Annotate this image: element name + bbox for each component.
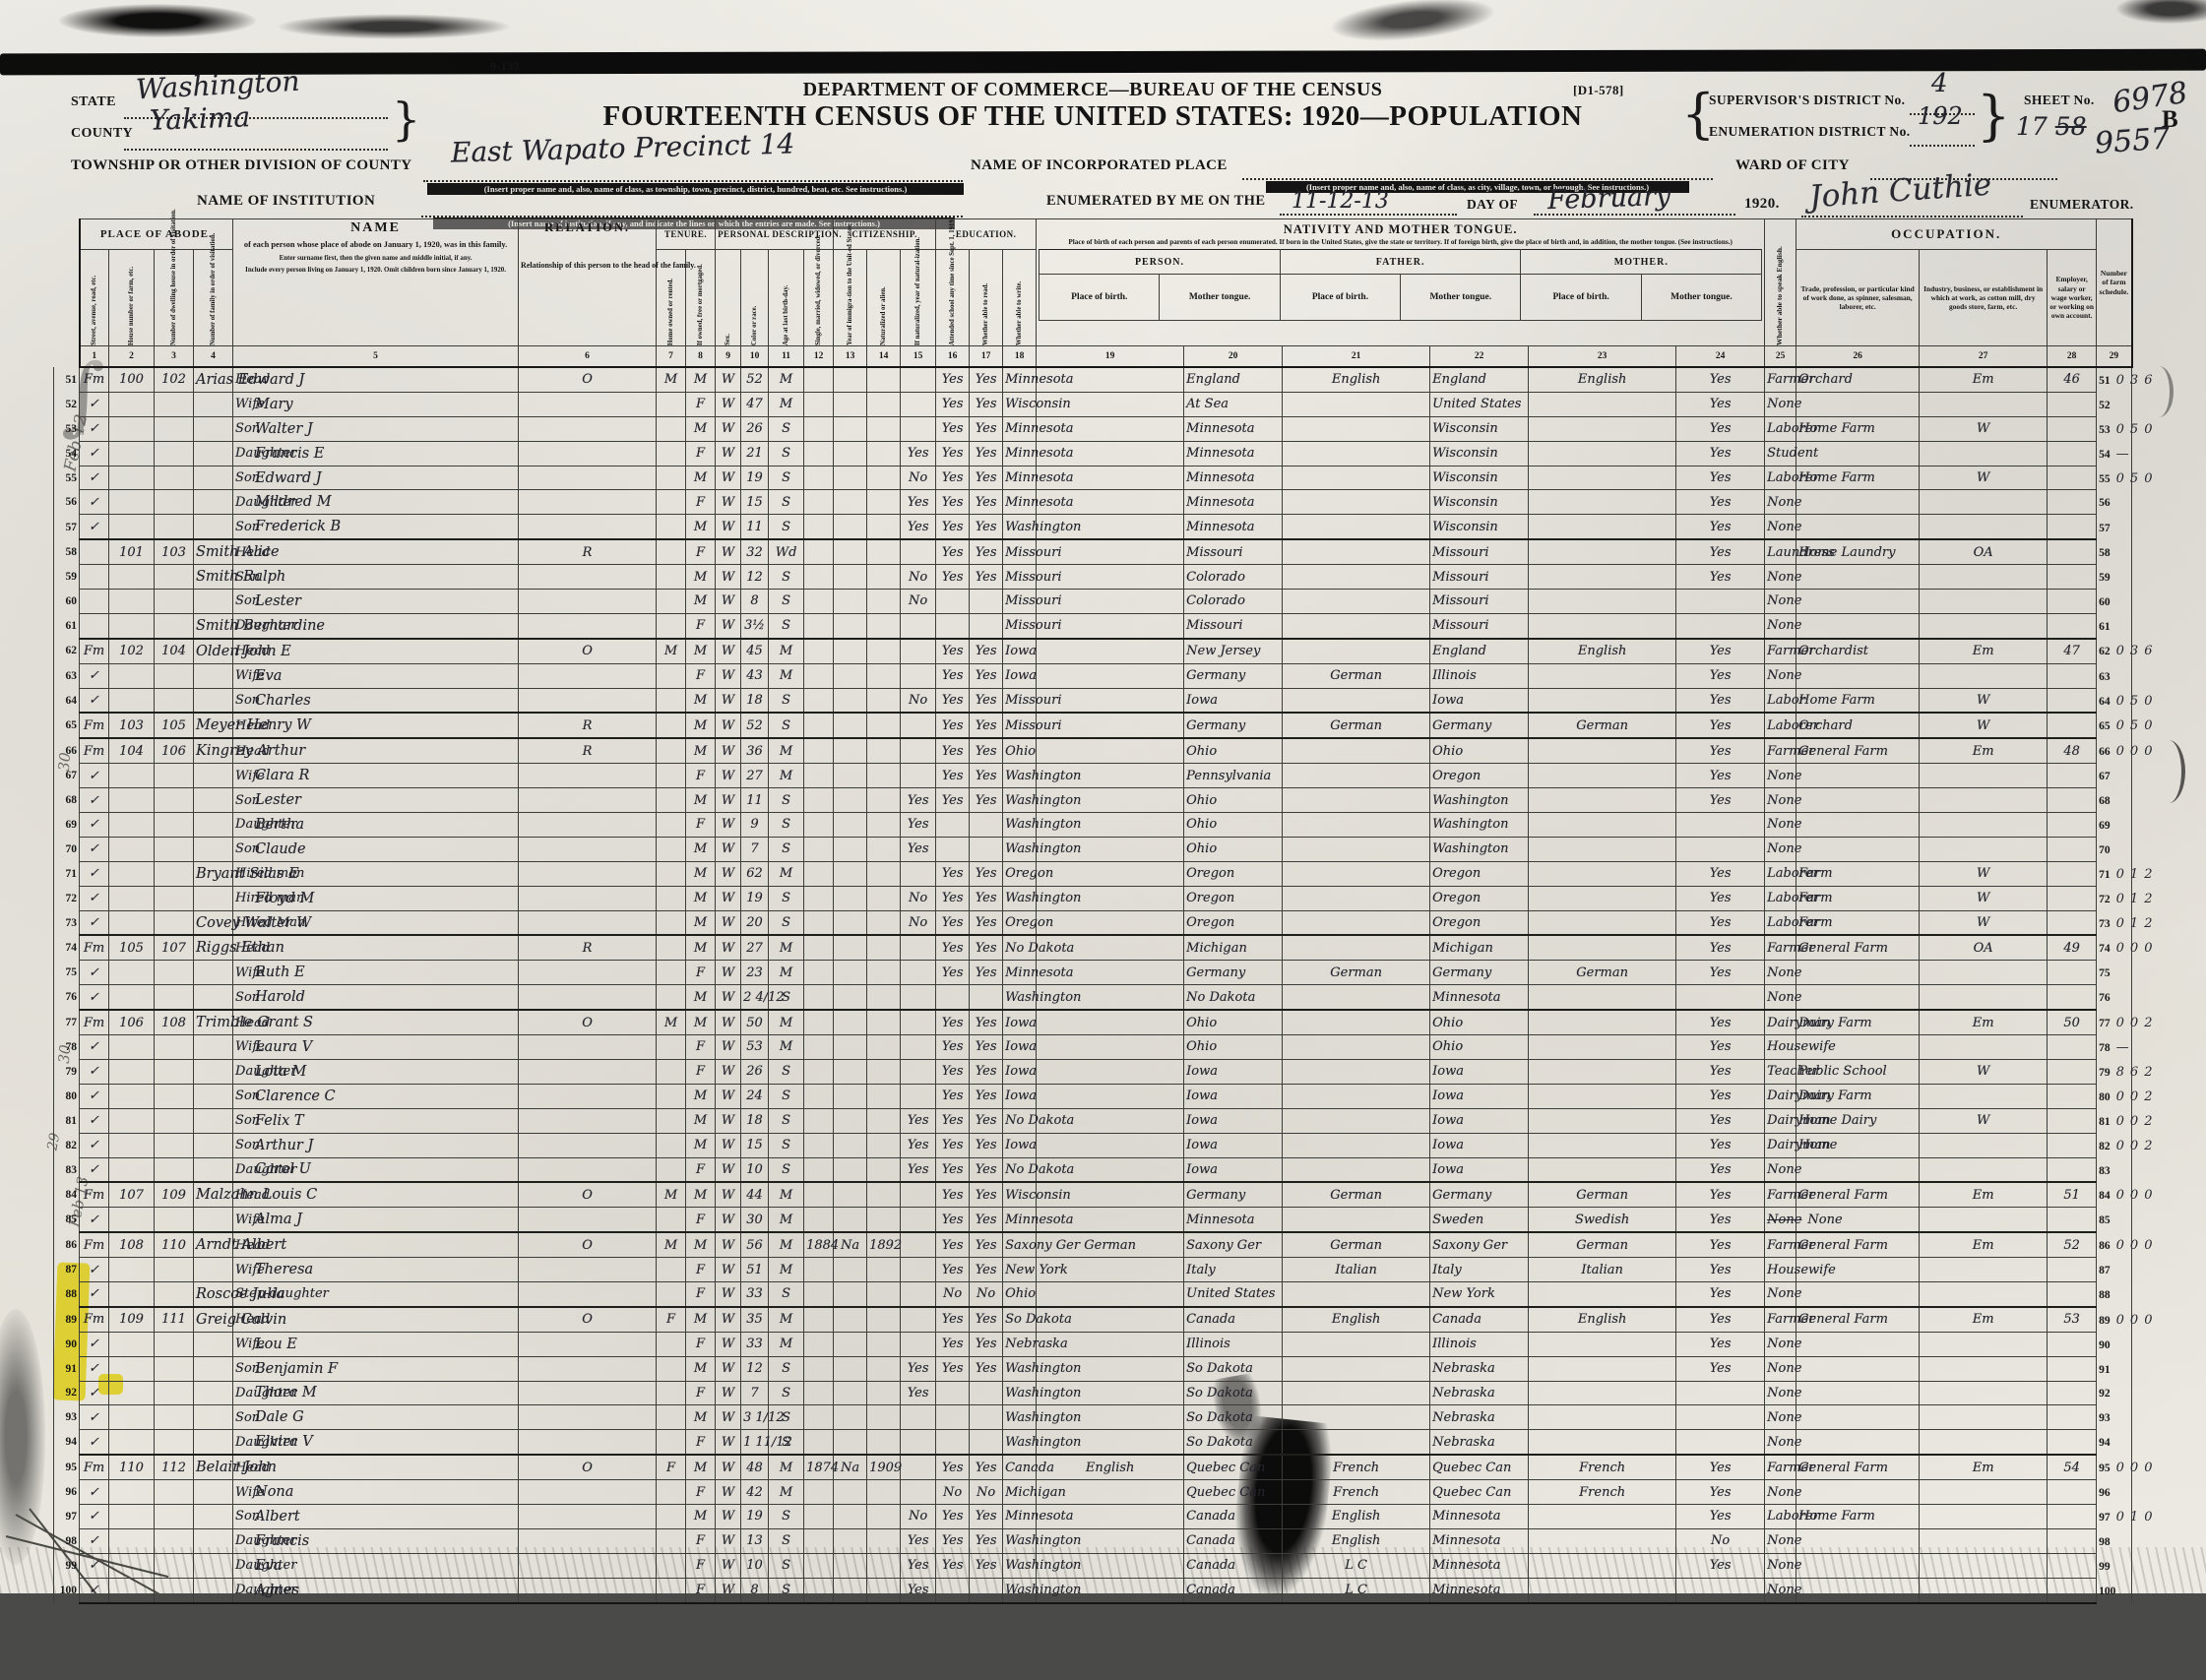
cell-tr: None xyxy=(1765,613,1796,638)
cell-en xyxy=(1676,1405,1765,1430)
cell-rd: Yes xyxy=(936,1010,970,1034)
line-number-left: 90 xyxy=(54,1332,80,1356)
cell-sc xyxy=(901,392,936,416)
cell-fs xyxy=(2048,1084,2097,1108)
cell-mg: M xyxy=(657,1010,686,1034)
cell-s: ✓ xyxy=(80,1553,109,1578)
column-number: 11 xyxy=(769,346,804,368)
cell-tr: None xyxy=(1765,764,1796,788)
cell-ny xyxy=(867,1108,901,1133)
cell-dw xyxy=(109,1157,155,1182)
cell-cl: Em xyxy=(1920,367,2048,392)
cell-mr: M xyxy=(769,1035,804,1060)
cell-tm xyxy=(1529,1059,1676,1084)
cell-ag: 11 xyxy=(741,515,769,539)
cell-pf: Minnesota xyxy=(1184,416,1283,441)
ward-label: WARD OF CITY xyxy=(1735,157,1850,174)
cell-tr: Laborer xyxy=(1765,886,1796,910)
column-number: 14 xyxy=(867,346,901,368)
cell-sx: M xyxy=(686,1108,716,1133)
cell-hm xyxy=(519,1578,657,1593)
cell-mr: S xyxy=(769,688,804,713)
column-number: 3 xyxy=(155,346,194,368)
cell-fm xyxy=(155,1405,194,1430)
table-row: 69✓BerthaDaughterFW9SYesWashingtonOhioWa… xyxy=(54,813,2201,838)
cell-rc: W xyxy=(716,713,741,738)
cell-tg xyxy=(1037,738,1184,763)
cell-mr: M xyxy=(769,1258,804,1282)
cell-fm xyxy=(155,1381,194,1405)
cell-fm xyxy=(155,515,194,539)
cell-s: ✓ xyxy=(80,1528,109,1553)
cell-pb: Missouri xyxy=(1003,713,1037,738)
cell-tm xyxy=(1529,663,1676,688)
state-label: STATE xyxy=(71,94,116,110)
cell-tr: None xyxy=(1765,515,1796,539)
cell-tr: Housewife xyxy=(1765,1035,1796,1060)
cell-wr xyxy=(970,590,1003,614)
cell-ny xyxy=(867,663,901,688)
cell-cl xyxy=(1920,1281,2048,1306)
cell-sx: M xyxy=(686,738,716,763)
cell-tf xyxy=(1283,1059,1430,1084)
cell-dw: 110 xyxy=(109,1455,155,1479)
cell-rc: W xyxy=(716,1208,741,1232)
cell-im xyxy=(804,1035,834,1060)
cell-fs xyxy=(2048,1157,2097,1182)
table-row: 59Smith RalphSonMW12SNoYesYesMissouriCol… xyxy=(54,565,2201,590)
mother-tongue-label: Mother tongue. xyxy=(1641,275,1761,321)
cell-in xyxy=(1796,590,1920,614)
cell-tf: German xyxy=(1283,713,1430,738)
cell-in xyxy=(1796,663,1920,688)
cell-tr: Farmer xyxy=(1765,935,1796,960)
cell-pb: Minnesota xyxy=(1003,416,1037,441)
table-row: 51Fm100102Arias Edward JHeadOMMW52MYesYe… xyxy=(54,367,2201,392)
cell-in xyxy=(1796,1553,1920,1578)
line-number-left: 94 xyxy=(54,1430,80,1455)
department-line: DEPARTMENT OF COMMERCE—BUREAU OF THE CEN… xyxy=(748,79,1437,101)
cell-cl xyxy=(1920,813,2048,838)
cell-cl: W xyxy=(1920,466,2048,490)
relation-sub: Relationship of this person to the head … xyxy=(521,261,654,271)
line-number-right: 67 xyxy=(2097,764,2132,788)
cell-tf xyxy=(1283,1356,1430,1381)
cell-im xyxy=(804,813,834,838)
cell-pf: Quebec Can xyxy=(1184,1455,1283,1479)
cell-s: ✓ xyxy=(80,961,109,985)
cell-in xyxy=(1796,565,1920,590)
cell-pf: Missouri xyxy=(1184,539,1283,564)
cell-ag: 56 xyxy=(741,1232,769,1257)
cell-hm xyxy=(519,515,657,539)
cell-hm xyxy=(519,1108,657,1133)
cell-wr: Yes xyxy=(970,886,1003,910)
table-row: 63✓EvaWifeFW43MYesYesIowaGermanyGermanIl… xyxy=(54,663,2201,688)
cell-fs: 52 xyxy=(2048,1232,2097,1257)
cell-ny xyxy=(867,1430,901,1455)
cell-im xyxy=(804,1430,834,1455)
cell-wr: Yes xyxy=(970,1232,1003,1257)
cell-tm xyxy=(1529,490,1676,515)
cell-mg xyxy=(657,813,686,838)
cell-mg xyxy=(657,1430,686,1455)
cell-pb: Oregon xyxy=(1003,861,1037,886)
cell-im xyxy=(804,539,834,564)
cell-in: Orchard xyxy=(1796,367,1920,392)
cell-mg xyxy=(657,490,686,515)
cell-im xyxy=(804,1208,834,1232)
cell-hm: O xyxy=(519,367,657,392)
cell-ny xyxy=(867,764,901,788)
cell-cl xyxy=(1920,1035,2048,1060)
cell-s: ✓ xyxy=(80,764,109,788)
cell-mg xyxy=(657,861,686,886)
line-number-right: 90 xyxy=(2097,1332,2132,1356)
cell-fm xyxy=(155,613,194,638)
cell-wr xyxy=(970,613,1003,638)
cell-wr: Yes xyxy=(970,861,1003,886)
brace-right: } xyxy=(392,93,420,146)
cell-ag: 51 xyxy=(741,1258,769,1282)
cell-ny xyxy=(867,837,901,861)
cell-en: Yes xyxy=(1676,539,1765,564)
county-label: COUNTY xyxy=(71,126,133,142)
cell-wr: Yes xyxy=(970,367,1003,392)
table-row: 74Fm105107Riggs EthanHeadRMW27MYesYesNo … xyxy=(54,935,2201,960)
col-race-header: Color or race. xyxy=(741,250,769,346)
cell-dw xyxy=(109,1084,155,1108)
cell-in: Dairy Farm xyxy=(1796,1084,1920,1108)
column-number: 20 xyxy=(1184,346,1283,368)
line-number-right: 89000 xyxy=(2097,1307,2132,1332)
cell-in: Home Farm xyxy=(1796,466,1920,490)
cell-pf: Iowa xyxy=(1184,1133,1283,1157)
group-occupation: OCCUPATION. xyxy=(1796,219,2097,250)
cell-ny xyxy=(867,539,901,564)
institution-label: NAME OF INSTITUTION xyxy=(197,193,375,210)
cell-tf: English xyxy=(1283,1307,1430,1332)
cell-ag: 7 xyxy=(741,1381,769,1405)
cell-in: Home xyxy=(1796,1133,1920,1157)
cell-tf xyxy=(1283,590,1430,614)
cell-fs xyxy=(2048,539,2097,564)
col-industry-header: Industry, business, or establishment in … xyxy=(1920,250,2048,346)
cell-rd: Yes xyxy=(936,515,970,539)
table-row: 53✓Walter JSonMW26SYesYesMinnesotaMinnes… xyxy=(54,416,2201,441)
cell-cl: Em xyxy=(1920,1455,2048,1479)
cell-na xyxy=(834,392,867,416)
cell-mg xyxy=(657,1084,686,1108)
cell-tm xyxy=(1529,1528,1676,1553)
cell-im xyxy=(804,1108,834,1133)
cell-na xyxy=(834,1059,867,1084)
cell-nm: Benjamin F xyxy=(194,1356,233,1381)
cell-im xyxy=(804,1356,834,1381)
cell-sc xyxy=(901,1084,936,1108)
line-number-right: 98 xyxy=(2097,1528,2132,1553)
cell-en: Yes xyxy=(1676,961,1765,985)
cell-tm xyxy=(1529,441,1676,466)
line-number-right: 95000 xyxy=(2097,1455,2132,1479)
column-number: 28 xyxy=(2048,346,2097,368)
cell-dw xyxy=(109,837,155,861)
cell-tr: None xyxy=(1765,663,1796,688)
cell-tm xyxy=(1529,1381,1676,1405)
cell-dw: 108 xyxy=(109,1232,155,1257)
cell-wr: Yes xyxy=(970,1258,1003,1282)
cell-s: ✓ xyxy=(80,1356,109,1381)
cell-mg xyxy=(657,1035,686,1060)
line-number-left: 69 xyxy=(54,813,80,838)
cell-im xyxy=(804,416,834,441)
supervisor-district-value: 4 xyxy=(1931,69,1948,98)
cell-dw xyxy=(109,1504,155,1528)
cell-in: General Farm xyxy=(1796,738,1920,763)
cell-sc xyxy=(901,1232,936,1257)
cell-en: Yes xyxy=(1676,1182,1765,1207)
cell-pf: Quebec Can xyxy=(1184,1480,1283,1505)
cell-pm: New York xyxy=(1430,1281,1529,1306)
cell-mg xyxy=(657,713,686,738)
cell-en: Yes xyxy=(1676,1332,1765,1356)
cell-cl: W xyxy=(1920,1059,2048,1084)
cell-mr: S xyxy=(769,1528,804,1553)
line-number-left: 81 xyxy=(54,1108,80,1133)
cell-sx: F xyxy=(686,1430,716,1455)
cell-fs xyxy=(2048,466,2097,490)
cell-sx: F xyxy=(686,1480,716,1505)
cell-mg xyxy=(657,1108,686,1133)
cell-rd: Yes xyxy=(936,886,970,910)
cell-tr: None xyxy=(1765,985,1796,1010)
cell-sx: M xyxy=(686,1182,716,1207)
cell-mr: S xyxy=(769,613,804,638)
cell-sc: No xyxy=(901,1504,936,1528)
cell-ag: 33 xyxy=(741,1332,769,1356)
cell-s: ✓ xyxy=(80,1059,109,1084)
cell-sc: No xyxy=(901,886,936,910)
cell-tm xyxy=(1529,1157,1676,1182)
cell-tm xyxy=(1529,1133,1676,1157)
cell-im xyxy=(804,1258,834,1282)
cell-mg: F xyxy=(657,1455,686,1479)
line-number-right: 92 xyxy=(2097,1381,2132,1405)
cell-nm: Carol U xyxy=(194,1157,233,1182)
cell-mr: S xyxy=(769,515,804,539)
cell-in: Orchardist xyxy=(1796,639,1920,663)
cell-tr: None xyxy=(1765,1405,1796,1430)
table-row: 81✓Felix TSonMW18SYesYesYesNo DakotaIowa… xyxy=(54,1108,2201,1133)
cell-sc: Yes xyxy=(901,1157,936,1182)
cell-pf: Iowa xyxy=(1184,1157,1283,1182)
cell-cl: W xyxy=(1920,416,2048,441)
cell-tr: Farmer xyxy=(1765,1232,1796,1257)
cell-mr: M xyxy=(769,1232,804,1257)
cell-im xyxy=(804,764,834,788)
cell-pf: Colorado xyxy=(1184,565,1283,590)
cell-dw xyxy=(109,961,155,985)
cell-pf: Germany xyxy=(1184,663,1283,688)
cell-fm xyxy=(155,1035,194,1060)
cell-dw xyxy=(109,466,155,490)
cell-fm xyxy=(155,490,194,515)
cell-pf: At Sea xyxy=(1184,392,1283,416)
cell-mr: S xyxy=(769,788,804,813)
cell-nm: Smith Alice xyxy=(194,539,233,564)
cell-mr: S xyxy=(769,886,804,910)
line-number-right: 71012 xyxy=(2097,861,2132,886)
cell-s: ✓ xyxy=(80,466,109,490)
cell-tm xyxy=(1529,1553,1676,1578)
cell-fm: 111 xyxy=(155,1307,194,1332)
nativity-subheader-table: PERSON. FATHER. MOTHER. Place of birth. … xyxy=(1039,249,1762,321)
cell-pm: Nebraska xyxy=(1430,1405,1529,1430)
name-sub1: of each person whose place of abode on J… xyxy=(235,240,516,251)
cell-sx: M xyxy=(686,837,716,861)
cell-ny xyxy=(867,416,901,441)
column-name-header: NAME of each person whose place of abode… xyxy=(233,219,519,346)
cell-pb: Minnesota xyxy=(1003,367,1037,392)
cell-dw xyxy=(109,1059,155,1084)
cell-pb: Washington xyxy=(1003,764,1037,788)
cell-wr: Yes xyxy=(970,1157,1003,1182)
cell-in xyxy=(1796,392,1920,416)
column-number: 18 xyxy=(1003,346,1037,368)
column-number: 16 xyxy=(936,346,970,368)
scan-smudge xyxy=(59,4,256,37)
cell-ag: 10 xyxy=(741,1157,769,1182)
cell-hm xyxy=(519,590,657,614)
cell-wr: Yes xyxy=(970,788,1003,813)
cell-cl xyxy=(1920,837,2048,861)
cell-rc: W xyxy=(716,1405,741,1430)
cell-im xyxy=(804,1133,834,1157)
incorporated-place-label: NAME OF INCORPORATED PLACE xyxy=(971,157,1228,174)
cell-in: Farm xyxy=(1796,886,1920,910)
cell-wr: Yes xyxy=(970,441,1003,466)
cell-nm: Frederick B xyxy=(194,515,233,539)
cell-na xyxy=(834,1332,867,1356)
cell-s: Fm xyxy=(80,1182,109,1207)
cell-dw xyxy=(109,1578,155,1593)
line-number-left: 53 xyxy=(54,416,80,441)
cell-en: Yes xyxy=(1676,788,1765,813)
cell-fm xyxy=(155,985,194,1010)
cell-dw xyxy=(109,861,155,886)
cell-na xyxy=(834,1133,867,1157)
cell-ny xyxy=(867,1405,901,1430)
cell-rd: Yes xyxy=(936,1157,970,1182)
cell-cl xyxy=(1920,1504,2048,1528)
cell-sc: Yes xyxy=(901,490,936,515)
line-number-left: 77 xyxy=(54,1010,80,1034)
cell-mg: M xyxy=(657,1182,686,1207)
cell-pf: United States xyxy=(1184,1281,1283,1306)
cell-im xyxy=(804,466,834,490)
cell-tm xyxy=(1529,1108,1676,1133)
cell-mr: S xyxy=(769,910,804,935)
cell-rc: W xyxy=(716,539,741,564)
cell-s: ✓ xyxy=(80,515,109,539)
cell-ag: 1 11/12 xyxy=(741,1430,769,1455)
cell-cl xyxy=(1920,490,2048,515)
cell-wr xyxy=(970,1578,1003,1593)
cell-rc: W xyxy=(716,1182,741,1207)
cell-pf: Minnesota xyxy=(1184,490,1283,515)
county-value: Yakima xyxy=(149,100,250,137)
cell-rc: W xyxy=(716,1059,741,1084)
cell-rc: W xyxy=(716,1133,741,1157)
line-number-right: 70 xyxy=(2097,837,2132,861)
cell-hm xyxy=(519,961,657,985)
cell-im xyxy=(804,490,834,515)
cell-sx: M xyxy=(686,416,716,441)
cell-s: ✓ xyxy=(80,1578,109,1593)
cell-dw xyxy=(109,1528,155,1553)
line-number-left: 100 xyxy=(54,1578,80,1593)
cell-fs xyxy=(2048,713,2097,738)
line-number-right: 78— xyxy=(2097,1035,2132,1060)
cell-pb: Iowa xyxy=(1003,1084,1037,1108)
cell-sc xyxy=(901,1258,936,1282)
cell-in xyxy=(1796,1405,1920,1430)
cell-ny xyxy=(867,1381,901,1405)
father-pob-label: Place of birth. xyxy=(1280,275,1400,321)
cell-in: Farm xyxy=(1796,861,1920,886)
cell-na xyxy=(834,466,867,490)
cell-rd: Yes xyxy=(936,639,970,663)
column-number: 7 xyxy=(657,346,686,368)
cell-ag: 13 xyxy=(741,1528,769,1553)
cell-tm: English xyxy=(1529,1307,1676,1332)
cell-nm: Lester xyxy=(194,590,233,614)
cell-wr xyxy=(970,837,1003,861)
cell-hm xyxy=(519,1332,657,1356)
cell-wr: Yes xyxy=(970,1108,1003,1133)
cell-na xyxy=(834,1504,867,1528)
cell-im xyxy=(804,392,834,416)
cell-tf xyxy=(1283,788,1430,813)
cell-pm: Nebraska xyxy=(1430,1381,1529,1405)
cell-na xyxy=(834,1405,867,1430)
cell-tf: German xyxy=(1283,961,1430,985)
cell-cl xyxy=(1920,1157,2048,1182)
cell-pf: Pennsylvania xyxy=(1184,764,1283,788)
cell-mg xyxy=(657,985,686,1010)
cell-cl: W xyxy=(1920,713,2048,738)
cell-pf: Iowa xyxy=(1184,1108,1283,1133)
cell-pf: Ohio xyxy=(1184,837,1283,861)
cell-na xyxy=(834,416,867,441)
cell-tm xyxy=(1529,1430,1676,1455)
cell-rd: Yes xyxy=(936,1035,970,1060)
cell-na xyxy=(834,639,867,663)
cell-tf xyxy=(1283,1405,1430,1430)
cell-pm: Ohio xyxy=(1430,738,1529,763)
cell-fm xyxy=(155,1084,194,1108)
cell-ny xyxy=(867,1059,901,1084)
cell-fm xyxy=(155,1578,194,1593)
col-employer-class-header: Employer, salary or wage worker, or work… xyxy=(2048,250,2097,346)
cell-sc xyxy=(901,961,936,985)
column-number: 26 xyxy=(1796,346,1920,368)
cell-pm: Wisconsin xyxy=(1430,515,1529,539)
cell-tr: None xyxy=(1765,392,1796,416)
cell-sc: No xyxy=(901,688,936,713)
cell-im xyxy=(804,1553,834,1578)
col-house-number-header: House number or farm, etc. xyxy=(109,250,155,346)
